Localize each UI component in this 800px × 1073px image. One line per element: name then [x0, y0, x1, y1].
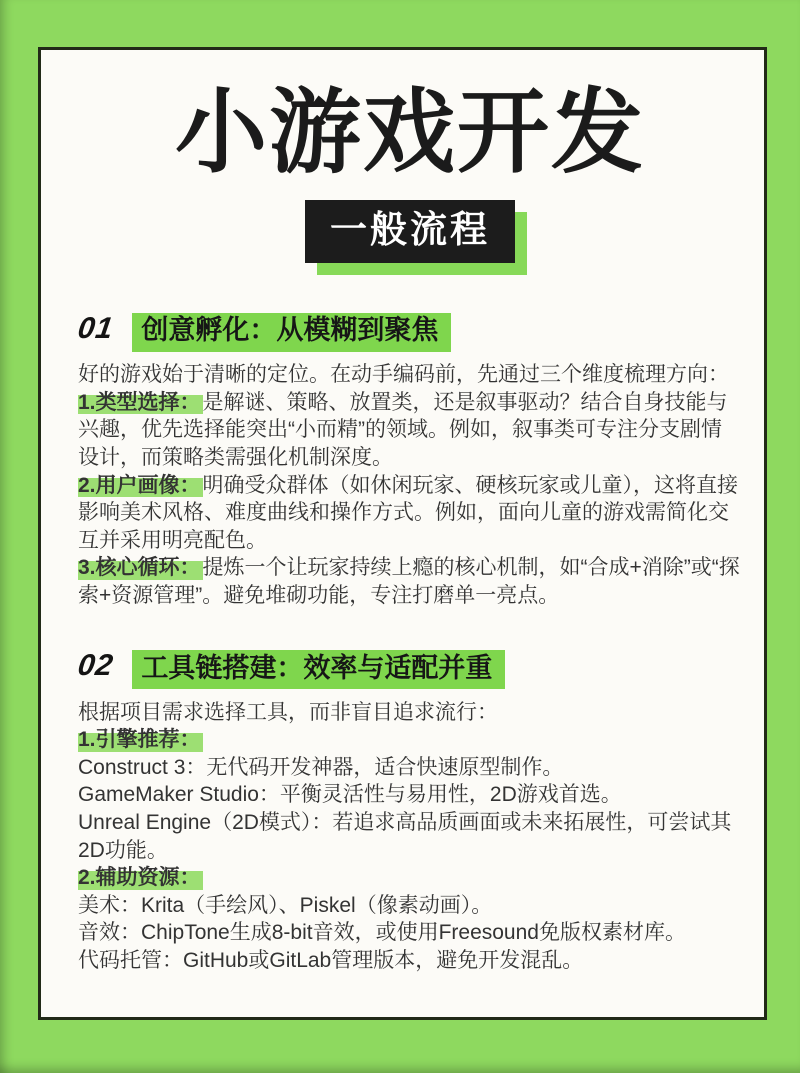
section-1-heading: 创意孵化：从模糊到聚焦 — [132, 305, 451, 352]
section-1-item-1-label: 1.类型选择： — [78, 391, 203, 415]
section-1-body: 好的游戏始于清晰的定位。在动手编码前，先通过三个维度梳理方向： 1.类型选择：是… — [78, 361, 742, 609]
poster-title: 小游戏开发 — [78, 84, 742, 182]
section-2-body: 根据项目需求选择工具，而非盲目追求流行： 1.引擎推荐： Construct 3… — [78, 699, 742, 975]
section-1-header: 01 创意孵化：从模糊到聚焦 — [78, 305, 742, 352]
section-1-item-2-label: 2.用户画像： — [78, 474, 203, 498]
section-2-number: 02 — [76, 649, 116, 683]
section-2-group-2-line-1: 美术：Krita（手绘风）、Piskel（像素动画）。 — [78, 892, 742, 920]
section-2-group-1-line-3: Unreal Engine（2D模式）：若追求高品质画面或未来拓展性，可尝试其2… — [78, 809, 742, 864]
subtitle-badge: 一般流程 — [305, 200, 515, 263]
poster-card: 小游戏开发 一般流程 01 创意孵化：从模糊到聚焦 好的游戏始于清晰的定位。在动… — [38, 47, 767, 1020]
section-2-header: 02 工具链搭建：效率与适配并重 — [78, 643, 742, 690]
section-2-group-2-line-3: 代码托管：GitHub或GitLab管理版本，避免开发混乱。 — [78, 947, 742, 975]
section-2-group-2-label: 2.辅助资源： — [78, 866, 203, 890]
section-1-intro: 好的游戏始于清晰的定位。在动手编码前，先通过三个维度梳理方向： — [78, 361, 742, 389]
section-1-item-2: 2.用户画像：明确受众群体（如休闲玩家、硬核玩家或儿童），这将直接影响美术风格、… — [78, 472, 742, 555]
section-1-item-3-label: 3.核心循环： — [78, 556, 203, 580]
section-2-group-1-label: 1.引擎推荐： — [78, 728, 203, 752]
section-1-item-3: 3.核心循环：提炼一个让玩家持续上瘾的核心机制，如“合成+消除”或“探索+资源管… — [78, 554, 742, 609]
section-2-group-2-line-2: 音效：ChipTone生成8-bit音效，或使用Freesound免版权素材库。 — [78, 919, 742, 947]
section-1-number: 01 — [76, 312, 116, 346]
section-2-group-1-line-2: GameMaker Studio：平衡灵活性与易用性，2D游戏首选。 — [78, 781, 742, 809]
section-2-group-1-line-1: Construct 3：无代码开发神器，适合快速原型制作。 — [78, 754, 742, 782]
badge-row: 一般流程 — [78, 200, 742, 263]
section-2-heading: 工具链搭建：效率与适配并重 — [132, 643, 505, 690]
section-2-intro: 根据项目需求选择工具，而非盲目追求流行： — [78, 699, 742, 727]
section-1-item-1: 1.类型选择：是解谜、策略、放置类，还是叙事驱动？结合自身技能与兴趣，优先选择能… — [78, 389, 742, 472]
section-2-group-1-label-row: 1.引擎推荐： — [78, 726, 742, 754]
poster-background: 小游戏开发 一般流程 01 创意孵化：从模糊到聚焦 好的游戏始于清晰的定位。在动… — [0, 0, 800, 1073]
section-2-group-2-label-row: 2.辅助资源： — [78, 864, 742, 892]
